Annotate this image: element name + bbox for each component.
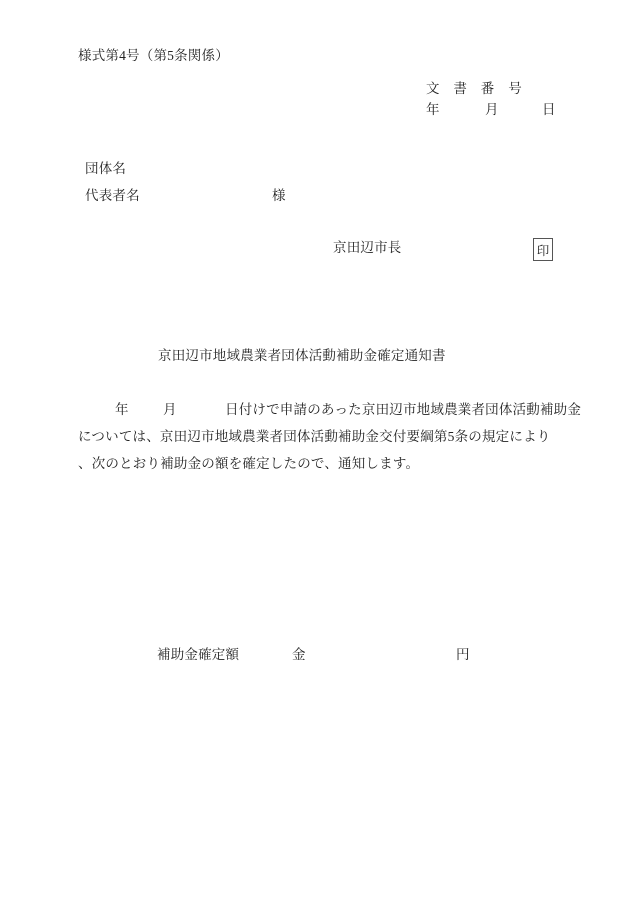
document-title: 京田辺市地域農業者団体活動補助金確定通知書 <box>158 348 446 364</box>
date-year-label: 年 <box>426 102 440 118</box>
date-day-label: 日 <box>542 102 556 118</box>
document-number-label: 文 書 番 号 <box>426 81 522 97</box>
date-month-label: 月 <box>485 102 499 118</box>
confirmed-amount-label: 補助金確定額 <box>157 647 239 663</box>
group-name-label: 団体名 <box>85 161 126 177</box>
form-number: 様式第4号（第5条関係） <box>78 48 229 64</box>
body-paragraph-line3: 、次のとおり補助金の額を確定したので、通知します。 <box>78 456 419 472</box>
body-paragraph-line1: 日付けで申請のあった京田辺市地域農業者団体活動補助金 <box>225 402 581 418</box>
seal-character: 印 <box>537 241 550 259</box>
document-page: 様式第4号（第5条関係） 文 書 番 号 年 月 日 団体名 代表者名 様 京田… <box>0 0 630 903</box>
seal-placeholder-box: 印 <box>533 238 553 261</box>
representative-name-label: 代表者名 <box>85 188 140 204</box>
mayor-signature-label: 京田辺市長 <box>333 240 402 256</box>
body-paragraph-line2: については、京田辺市地域農業者団体活動補助金交付要綱第5条の規定により <box>78 429 550 445</box>
body-date-month-blank: 月 <box>163 402 177 418</box>
honorific-label: 様 <box>272 188 286 204</box>
amount-currency-suffix: 円 <box>456 647 470 663</box>
body-date-year-blank: 年 <box>115 402 129 418</box>
amount-currency-prefix: 金 <box>292 647 306 663</box>
